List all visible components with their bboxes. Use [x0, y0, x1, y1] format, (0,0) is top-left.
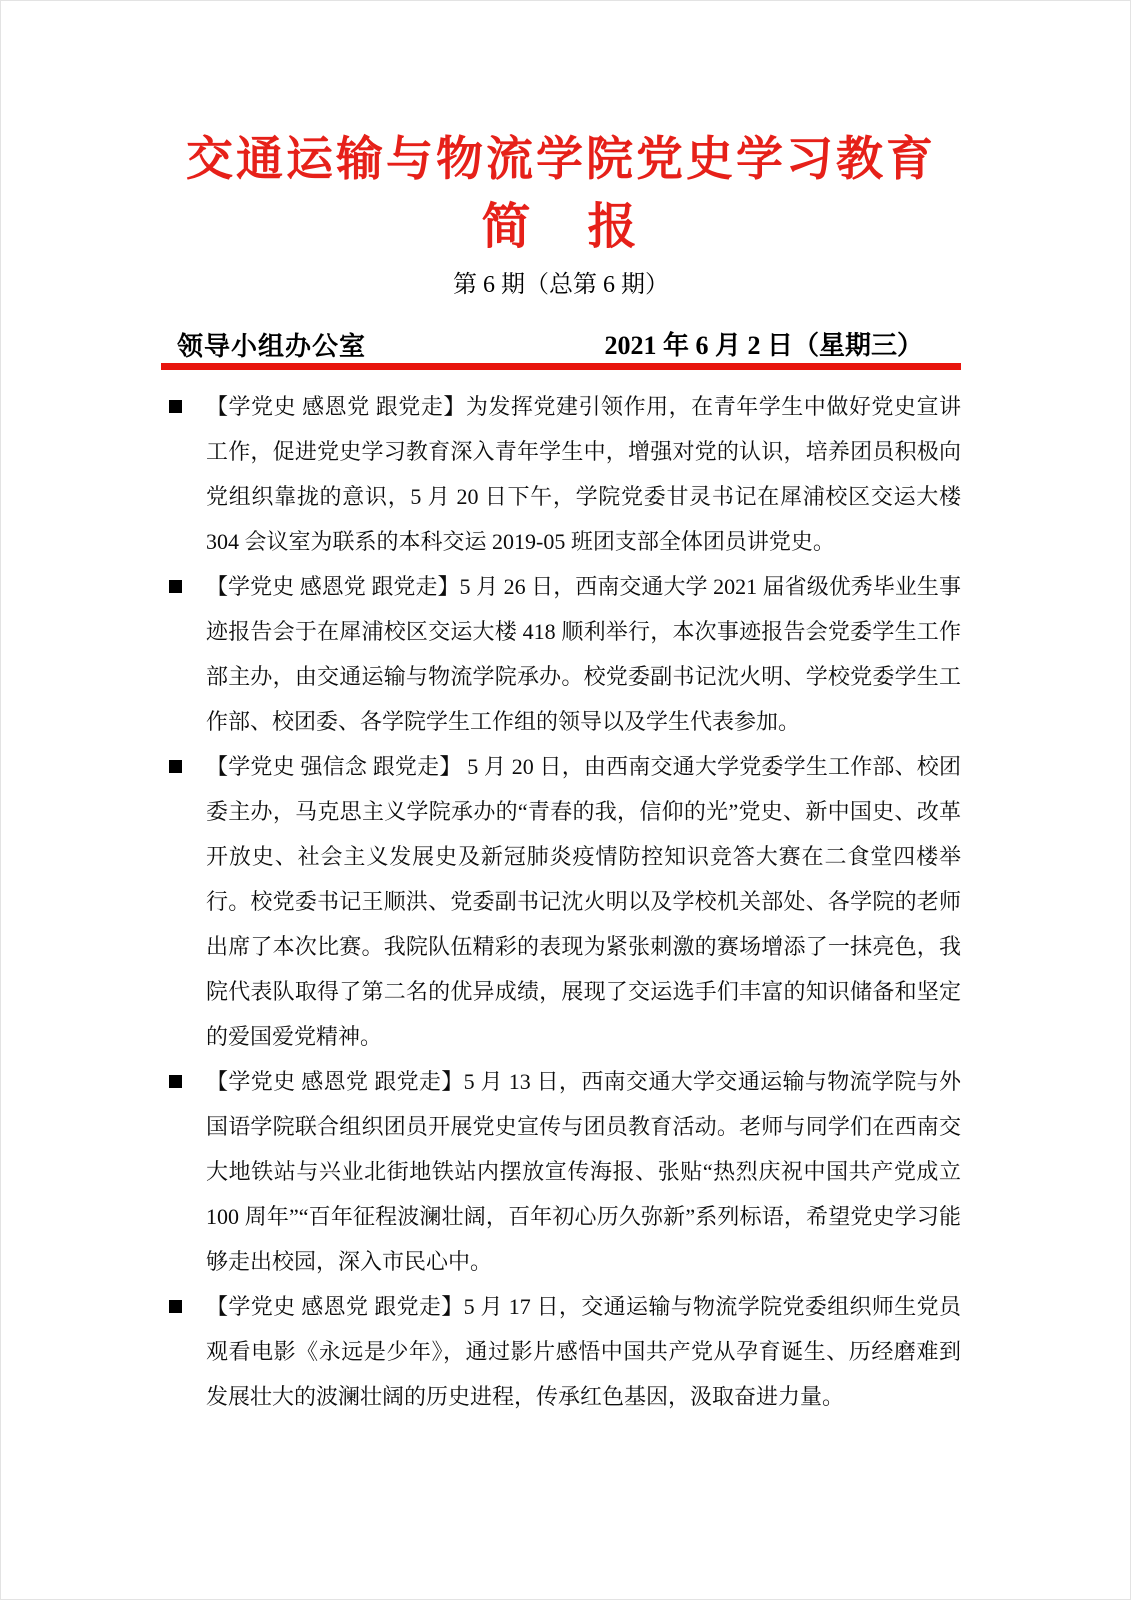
bulletin-text: 【学党史 强信念 跟党走】 5 月 20 日，由西南交通大学党委学生工作部、校团… [206, 744, 961, 1059]
bulletin-item: 【学党史 感恩党 跟党走】5 月 13 日，西南交通大学交通运输与物流学院与外国… [161, 1059, 961, 1284]
bulletin-body: 5 月 20 日，由西南交通大学党委学生工作部、校团委主办，马克思主义学院承办的… [206, 754, 961, 1049]
bulletin-page: 交通运输与物流学院党史学习教育 简 报 第 6 期（总第 6 期） 领导小组办公… [0, 0, 1131, 1600]
bullet-square-icon [169, 1075, 182, 1088]
issue-number: 第 6 期（总第 6 期） [161, 269, 961, 301]
bulletin-item: 【学党史 感恩党 跟党走】5 月 17 日，交通运输与物流学院党委组织师生党员观… [161, 1284, 961, 1419]
bulletin-tag: 【学党史 感恩党 跟党走】 [206, 574, 460, 599]
meta-row: 领导小组办公室 2021 年 6 月 2 日（星期三） [161, 329, 961, 363]
issuing-office: 领导小组办公室 [161, 329, 366, 363]
bullet-square-icon [169, 760, 182, 773]
bulletin-text: 【学党史 感恩党 跟党走】为发挥党建引领作用，在青年学生中做好党史宣讲工作，促进… [206, 384, 961, 564]
bulletin-item: 【学党史 强信念 跟党走】 5 月 20 日，由西南交通大学党委学生工作部、校团… [161, 744, 961, 1059]
page-title-line-2: 简 报 [161, 199, 961, 255]
bulletin-body: 5 月 13 日，西南交通大学交通运输与物流学院与外国语学院联合组织团员开展党史… [206, 1069, 961, 1274]
bullet-square-icon [169, 1300, 182, 1313]
bulletin-text: 【学党史 感恩党 跟党走】5 月 26 日，西南交通大学 2021 届省级优秀毕… [206, 564, 961, 744]
bulletin-tag: 【学党史 感恩党 跟党走】 [206, 394, 466, 419]
bulletin-tag: 【学党史 感恩党 跟党走】 [206, 1294, 464, 1319]
bulletin-list: 【学党史 感恩党 跟党走】为发挥党建引领作用，在青年学生中做好党史宣讲工作，促进… [161, 384, 961, 1419]
bullet-square-icon [169, 580, 182, 593]
bulletin-text: 【学党史 感恩党 跟党走】5 月 13 日，西南交通大学交通运输与物流学院与外国… [206, 1059, 961, 1284]
bulletin-item: 【学党史 感恩党 跟党走】为发挥党建引领作用，在青年学生中做好党史宣讲工作，促进… [161, 384, 961, 564]
issue-date: 2021 年 6 月 2 日（星期三） [604, 329, 961, 363]
header-divider-rule [161, 363, 961, 370]
bulletin-header: 交通运输与物流学院党史学习教育 简 报 第 6 期（总第 6 期） 领导小组办公… [161, 131, 961, 370]
page-title-line-1: 交通运输与物流学院党史学习教育 [161, 131, 961, 187]
bulletin-item: 【学党史 感恩党 跟党走】5 月 26 日，西南交通大学 2021 届省级优秀毕… [161, 564, 961, 744]
bullet-square-icon [169, 400, 182, 413]
bulletin-text: 【学党史 感恩党 跟党走】5 月 17 日，交通运输与物流学院党委组织师生党员观… [206, 1284, 961, 1419]
bulletin-tag: 【学党史 感恩党 跟党走】 [206, 1069, 464, 1094]
bulletin-tag: 【学党史 强信念 跟党走】 [206, 754, 462, 779]
